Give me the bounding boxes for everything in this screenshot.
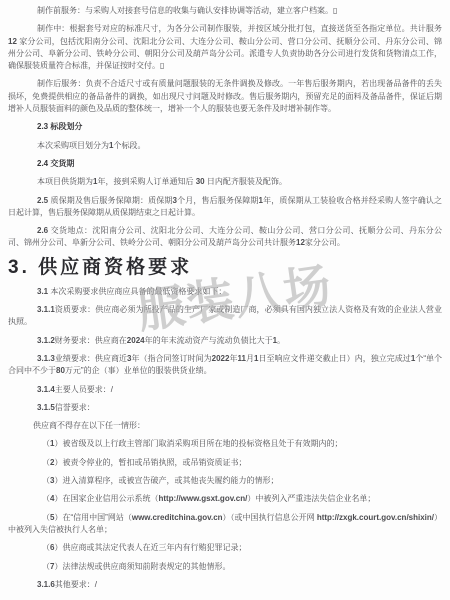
- performance-requirement: 3.1.3业绩要求：供应商近3年（指合同签订时间为2022年11月1日至响应文件…: [8, 353, 442, 378]
- lot-division-paragraph: 本次采购项目划分为1个标段。: [8, 140, 442, 152]
- delivery-location-paragraph: 2.6 交货地点：沈阳南分公司、沈阳北分公司、大连分公司、鞍山分公司、营口分公司…: [8, 225, 442, 250]
- credit-item-5: （5）在“信用中国”网站（www.creditchina.gov.cn）（或中国…: [8, 512, 442, 537]
- credit-item-6: （6）供应商或其法定代表人在近三年内有行贿犯罪记录；: [8, 542, 442, 554]
- section-2-4-heading: 2.4 交货期: [8, 158, 442, 170]
- qualification-requirement: 3.1.1资质要求：供应商必须为所投产品的生产厂家或制造厂商，必须具有国内独立法…: [8, 304, 442, 329]
- delivery-period-paragraph: 本项目供货期为1年，接到采购人订单通知后 30 日内配齐服装及配饰。: [8, 176, 442, 188]
- credit-item-4: （4）在国家企业信用公示系统（http://www.gsxt.gov.cn/）中…: [8, 493, 442, 505]
- supplier-qualification-heading: 3. 供应商资格要求: [8, 256, 442, 280]
- credit-intro: 供应商不得存在以下任一情形：: [8, 420, 442, 432]
- service-mid-paragraph: 制作中：根据套号对应的标准尺寸，为各分公司制作服装，并按区域分批打包，直接送货至…: [8, 23, 442, 72]
- section-2-3-heading: 2.3 标段划分: [8, 121, 442, 133]
- min-qualification-intro: 3.1 本次采购要求供应商应具备的最低资格要求如下：: [8, 286, 442, 298]
- credit-item-3: （3）进入清算程序，或被宣告破产，或其他丧失履约能力的情形；: [8, 475, 442, 487]
- credit-item-7: （7）法律法规或供应商须知前附表规定的其他情形。: [8, 561, 442, 573]
- document-page: 服装八场 制作前服务：与采购人对接套号信息的收集与确认安排协调等活动，建立客户档…: [0, 0, 450, 600]
- credit-item-2: （2）被责令停业的，暂扣或吊销执照，或吊销资质证书；: [8, 457, 442, 469]
- credit-item-1: （1）被省级及以上行政主管部门取消采购项目所在地的投标资格且处于有效期内的；: [8, 438, 442, 450]
- credit-requirement-heading: 3.1.5信誉要求：: [8, 402, 442, 414]
- service-post-paragraph: 制作后服务：负责不合适尺寸或有质量问题服装的无条件调换及修改。一年售后服务期内，…: [8, 78, 442, 115]
- service-pre-paragraph: 制作前服务：与采购人对接套号信息的收集与确认安排协调等活动，建立客户档案。▯: [8, 5, 442, 17]
- other-requirement: 3.1.6其他要求：/: [8, 579, 442, 591]
- key-personnel-requirement: 3.1.4主要人员要求：/: [8, 384, 442, 396]
- financial-requirement: 3.1.2财务要求：供应商在2024年的年末流动资产与流动负债比大于1。: [8, 335, 442, 347]
- warranty-paragraph: 2.5 质保期及售后服务保障期：质保期3个月，售后服务保障期1年，质保期从工装验…: [8, 195, 442, 220]
